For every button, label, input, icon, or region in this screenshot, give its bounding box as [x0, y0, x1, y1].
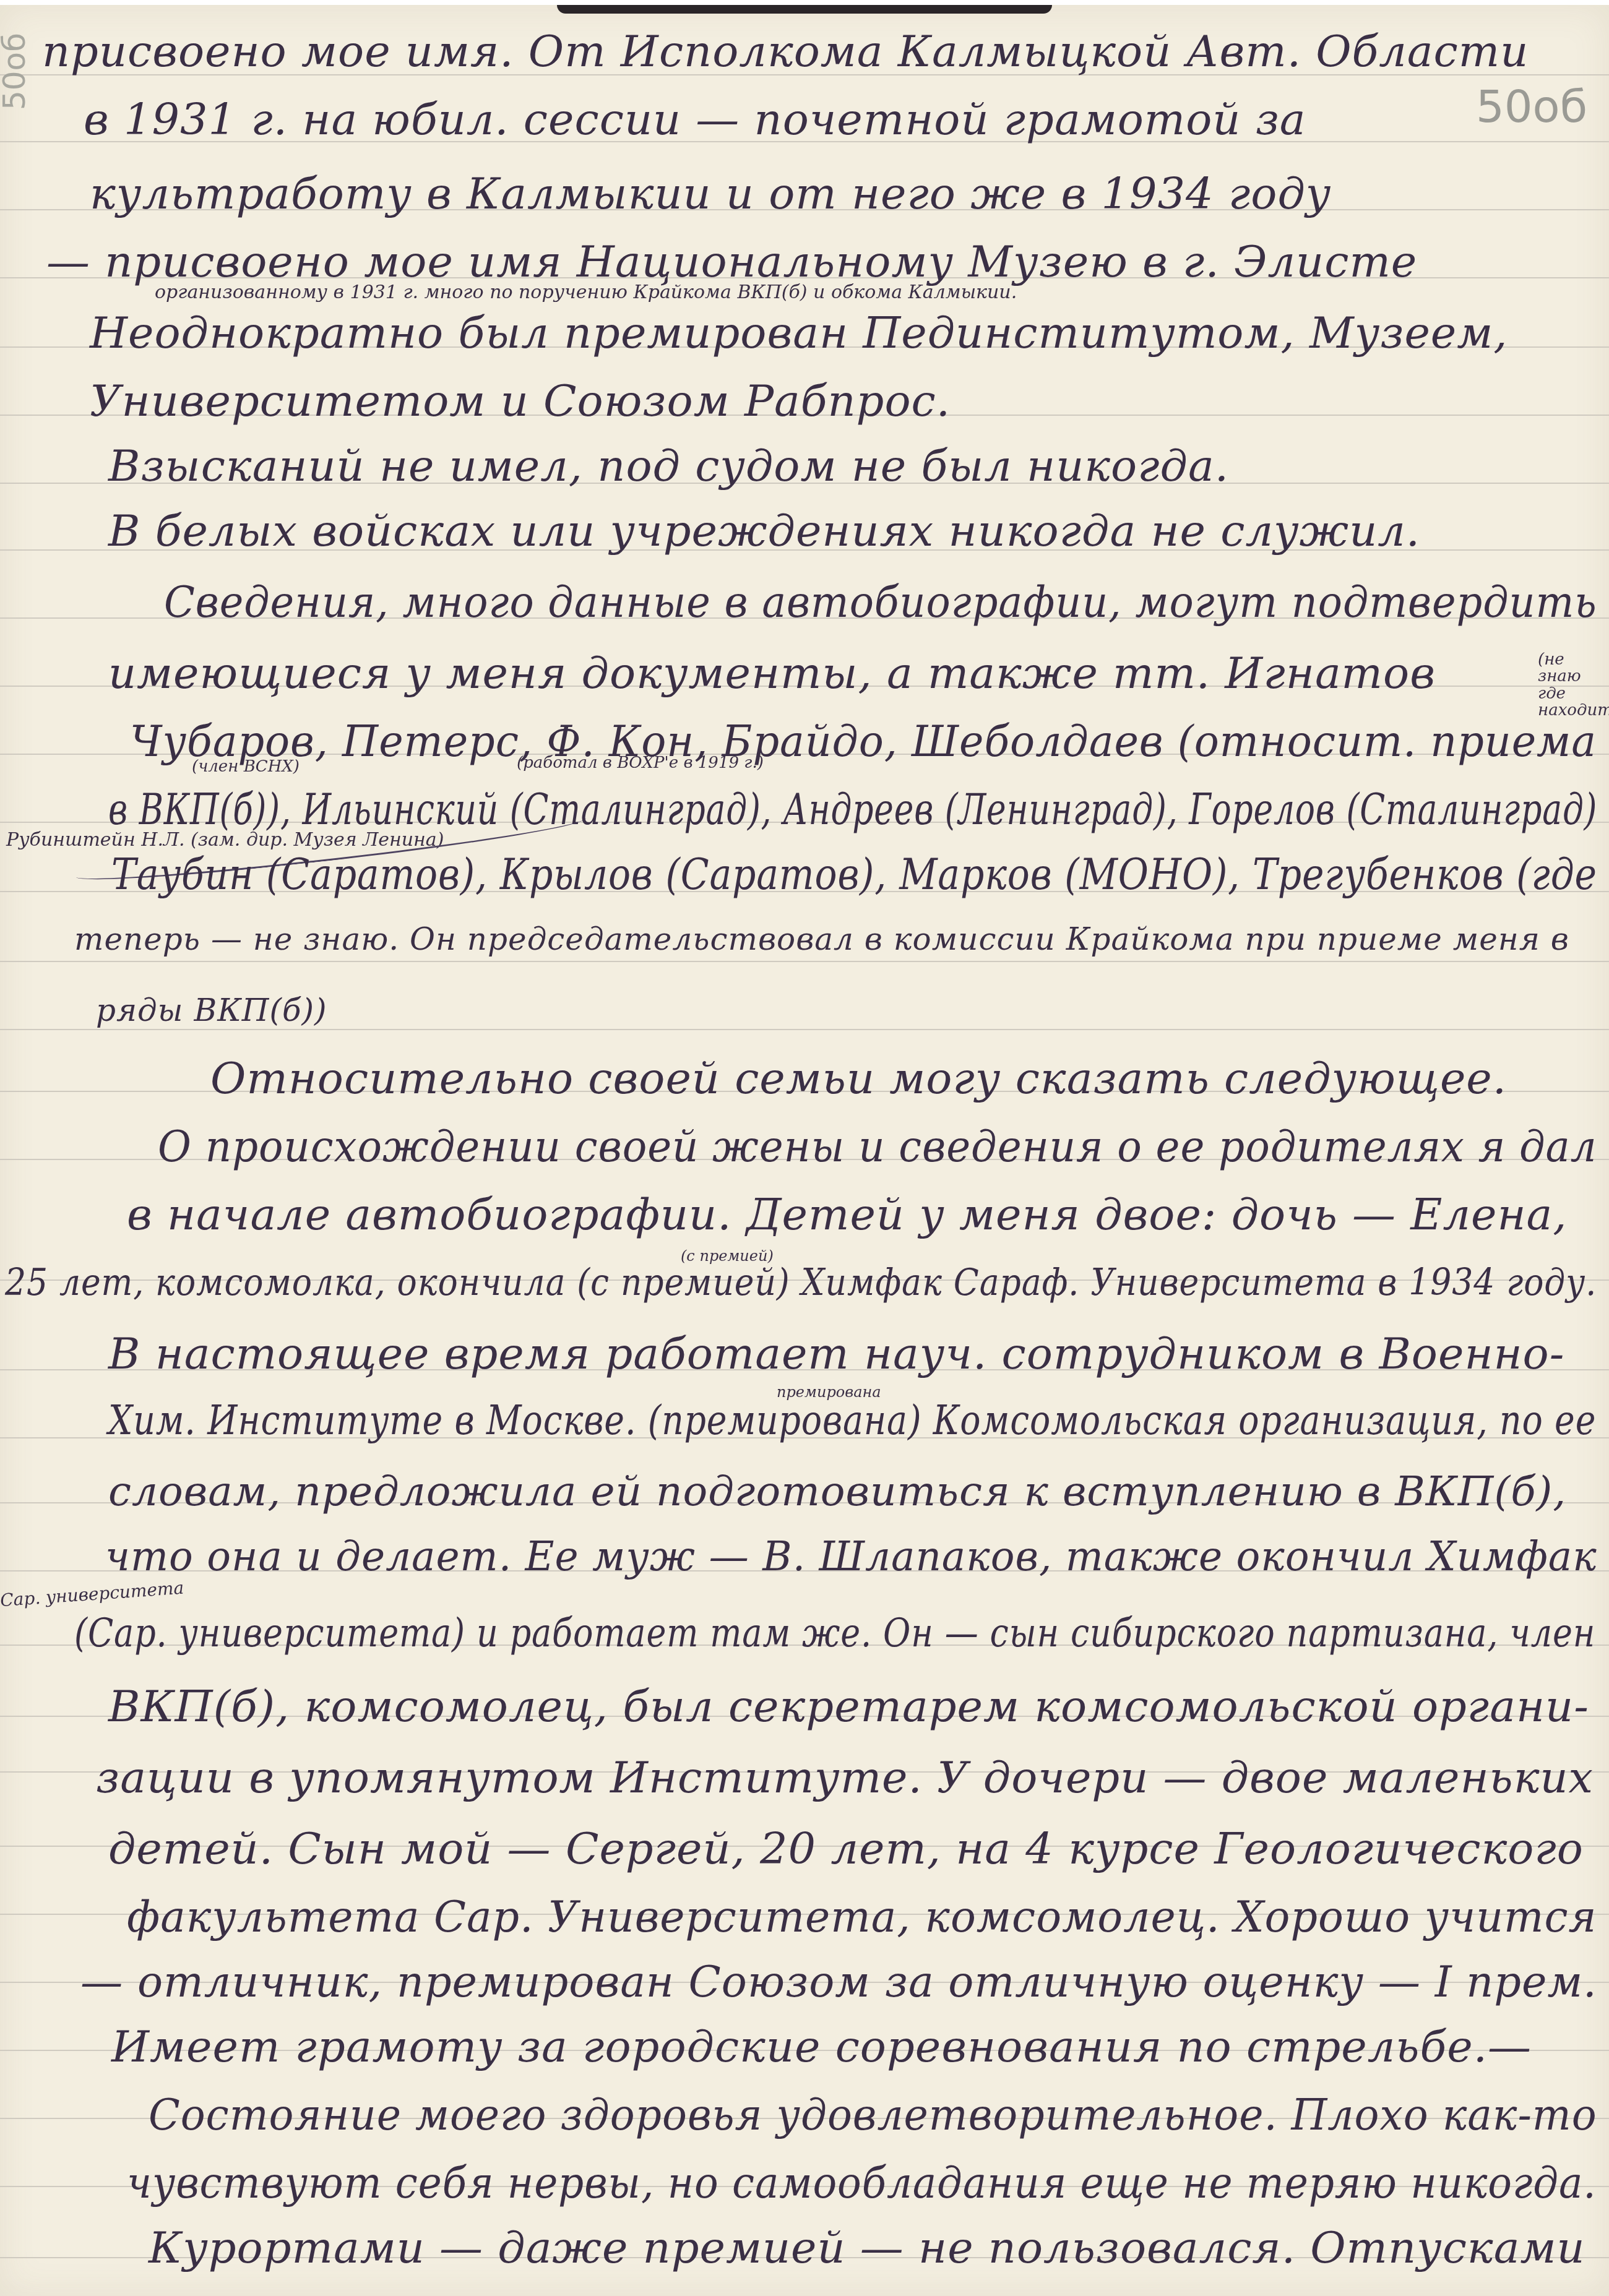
- text-line-5: Неоднократно был премирован Пединституто…: [90, 311, 1508, 355]
- text-line-7: Взысканий не имел, под судом не был нико…: [108, 444, 1229, 488]
- text-line-31: Состояние моего здоровья удовлетворитель…: [149, 2093, 1597, 2136]
- chubarov-note: (член ВСНХ): [192, 759, 300, 775]
- peters-note: (работал в ВОХР'е в 1919 г.): [517, 755, 764, 771]
- text-line-2: в 1931 г. на юбил. сессии — почетной гра…: [84, 98, 1306, 141]
- text-line-12: в ВКП(б)), Ильинский (Сталинград), Андре…: [108, 788, 1597, 831]
- text-line-23: что она и делает. Ее муж — В. Шлапаков, …: [105, 1536, 1597, 1577]
- text-line-4: — присвоено мое имя Национальному Музею …: [46, 240, 1417, 283]
- text-line-29: — отличник, премирован Союзом за отличну…: [80, 1960, 1597, 2003]
- text-line-24: (Сар. университета) и работает там же. О…: [74, 1614, 1595, 1653]
- text-line-17: О происхождении своей жены и сведения о …: [158, 1125, 1597, 1168]
- text-line-16: Относительно своей семьи могу сказать сл…: [210, 1057, 1507, 1100]
- text-line-33: Курортами — даже премией — не пользовалс…: [149, 2226, 1585, 2269]
- text-line-8: В белых войсках или учреждениях никогда …: [108, 509, 1420, 553]
- text-line-1: присвоено мое имя. От Исполкома Калмыцко…: [42, 30, 1529, 73]
- text-line-10: имеющиеся у меня документы, а также тт. …: [108, 651, 1436, 695]
- text-line-25: ВКП(б), комсомолец, был секретарем комсо…: [108, 1685, 1589, 1728]
- manuscript-sheet: 50об 50об присвоено мое имя. От Исполком…: [0, 5, 1609, 2296]
- text-line-13: Таубин (Саратов), Крылов (Саратов), Марк…: [111, 853, 1597, 896]
- interlinear-note-museum: организованному в 1931 г. много по поруч…: [155, 283, 1017, 302]
- text-line-26: зации в упомянутом Институте. У дочери —…: [96, 1756, 1594, 1799]
- ruled-line: [0, 961, 1609, 962]
- folio-number: 50об: [1476, 84, 1587, 129]
- text-line-18: в начале автобиографии. Детей у меня дво…: [127, 1193, 1568, 1236]
- text-line-9: Сведения, много данные в автобиографии, …: [164, 580, 1597, 624]
- margin-folio-number: 50об: [0, 33, 32, 110]
- text-line-27: детей. Сын мой — Сергей, 20 лет, на 4 ку…: [108, 1827, 1584, 1870]
- text-line-30: Имеет грамоту за городские соревнования …: [111, 2025, 1532, 2068]
- text-line-14: теперь — не знаю. Он председательствовал…: [74, 924, 1569, 955]
- ignatov-note: (не знаю где находится): [1538, 651, 1606, 719]
- scan-binding-shadow: [557, 5, 1052, 14]
- text-line-22: словам, предложила ей подготовиться к вс…: [108, 1471, 1566, 1512]
- text-line-6: Университетом и Союзом Рабпрос.: [90, 379, 951, 423]
- sar-univ-insert: Сар. университета: [0, 1580, 184, 1610]
- ruled-line: [0, 1029, 1609, 1030]
- text-line-28: факультета Сар. Университета, комсомолец…: [127, 1895, 1597, 1938]
- text-line-20: В настоящее время работает науч. сотрудн…: [108, 1332, 1564, 1375]
- text-line-11: Чубаров, Петерс, Ф. Кон, Брайдо, Шеболда…: [130, 720, 1597, 763]
- text-line-32: чувствуют себя нервы, но самообладания е…: [127, 2161, 1597, 2204]
- text-line-21: Хим. Институте в Москве. (премирована) К…: [108, 1400, 1596, 1441]
- text-line-3: культработу в Калмыкии и от него же в 19…: [90, 172, 1331, 215]
- text-line-19: 25 лет, комсомолка, окончила (с премией)…: [5, 1264, 1597, 1301]
- text-line-15: ряды ВКП(б)): [96, 995, 327, 1026]
